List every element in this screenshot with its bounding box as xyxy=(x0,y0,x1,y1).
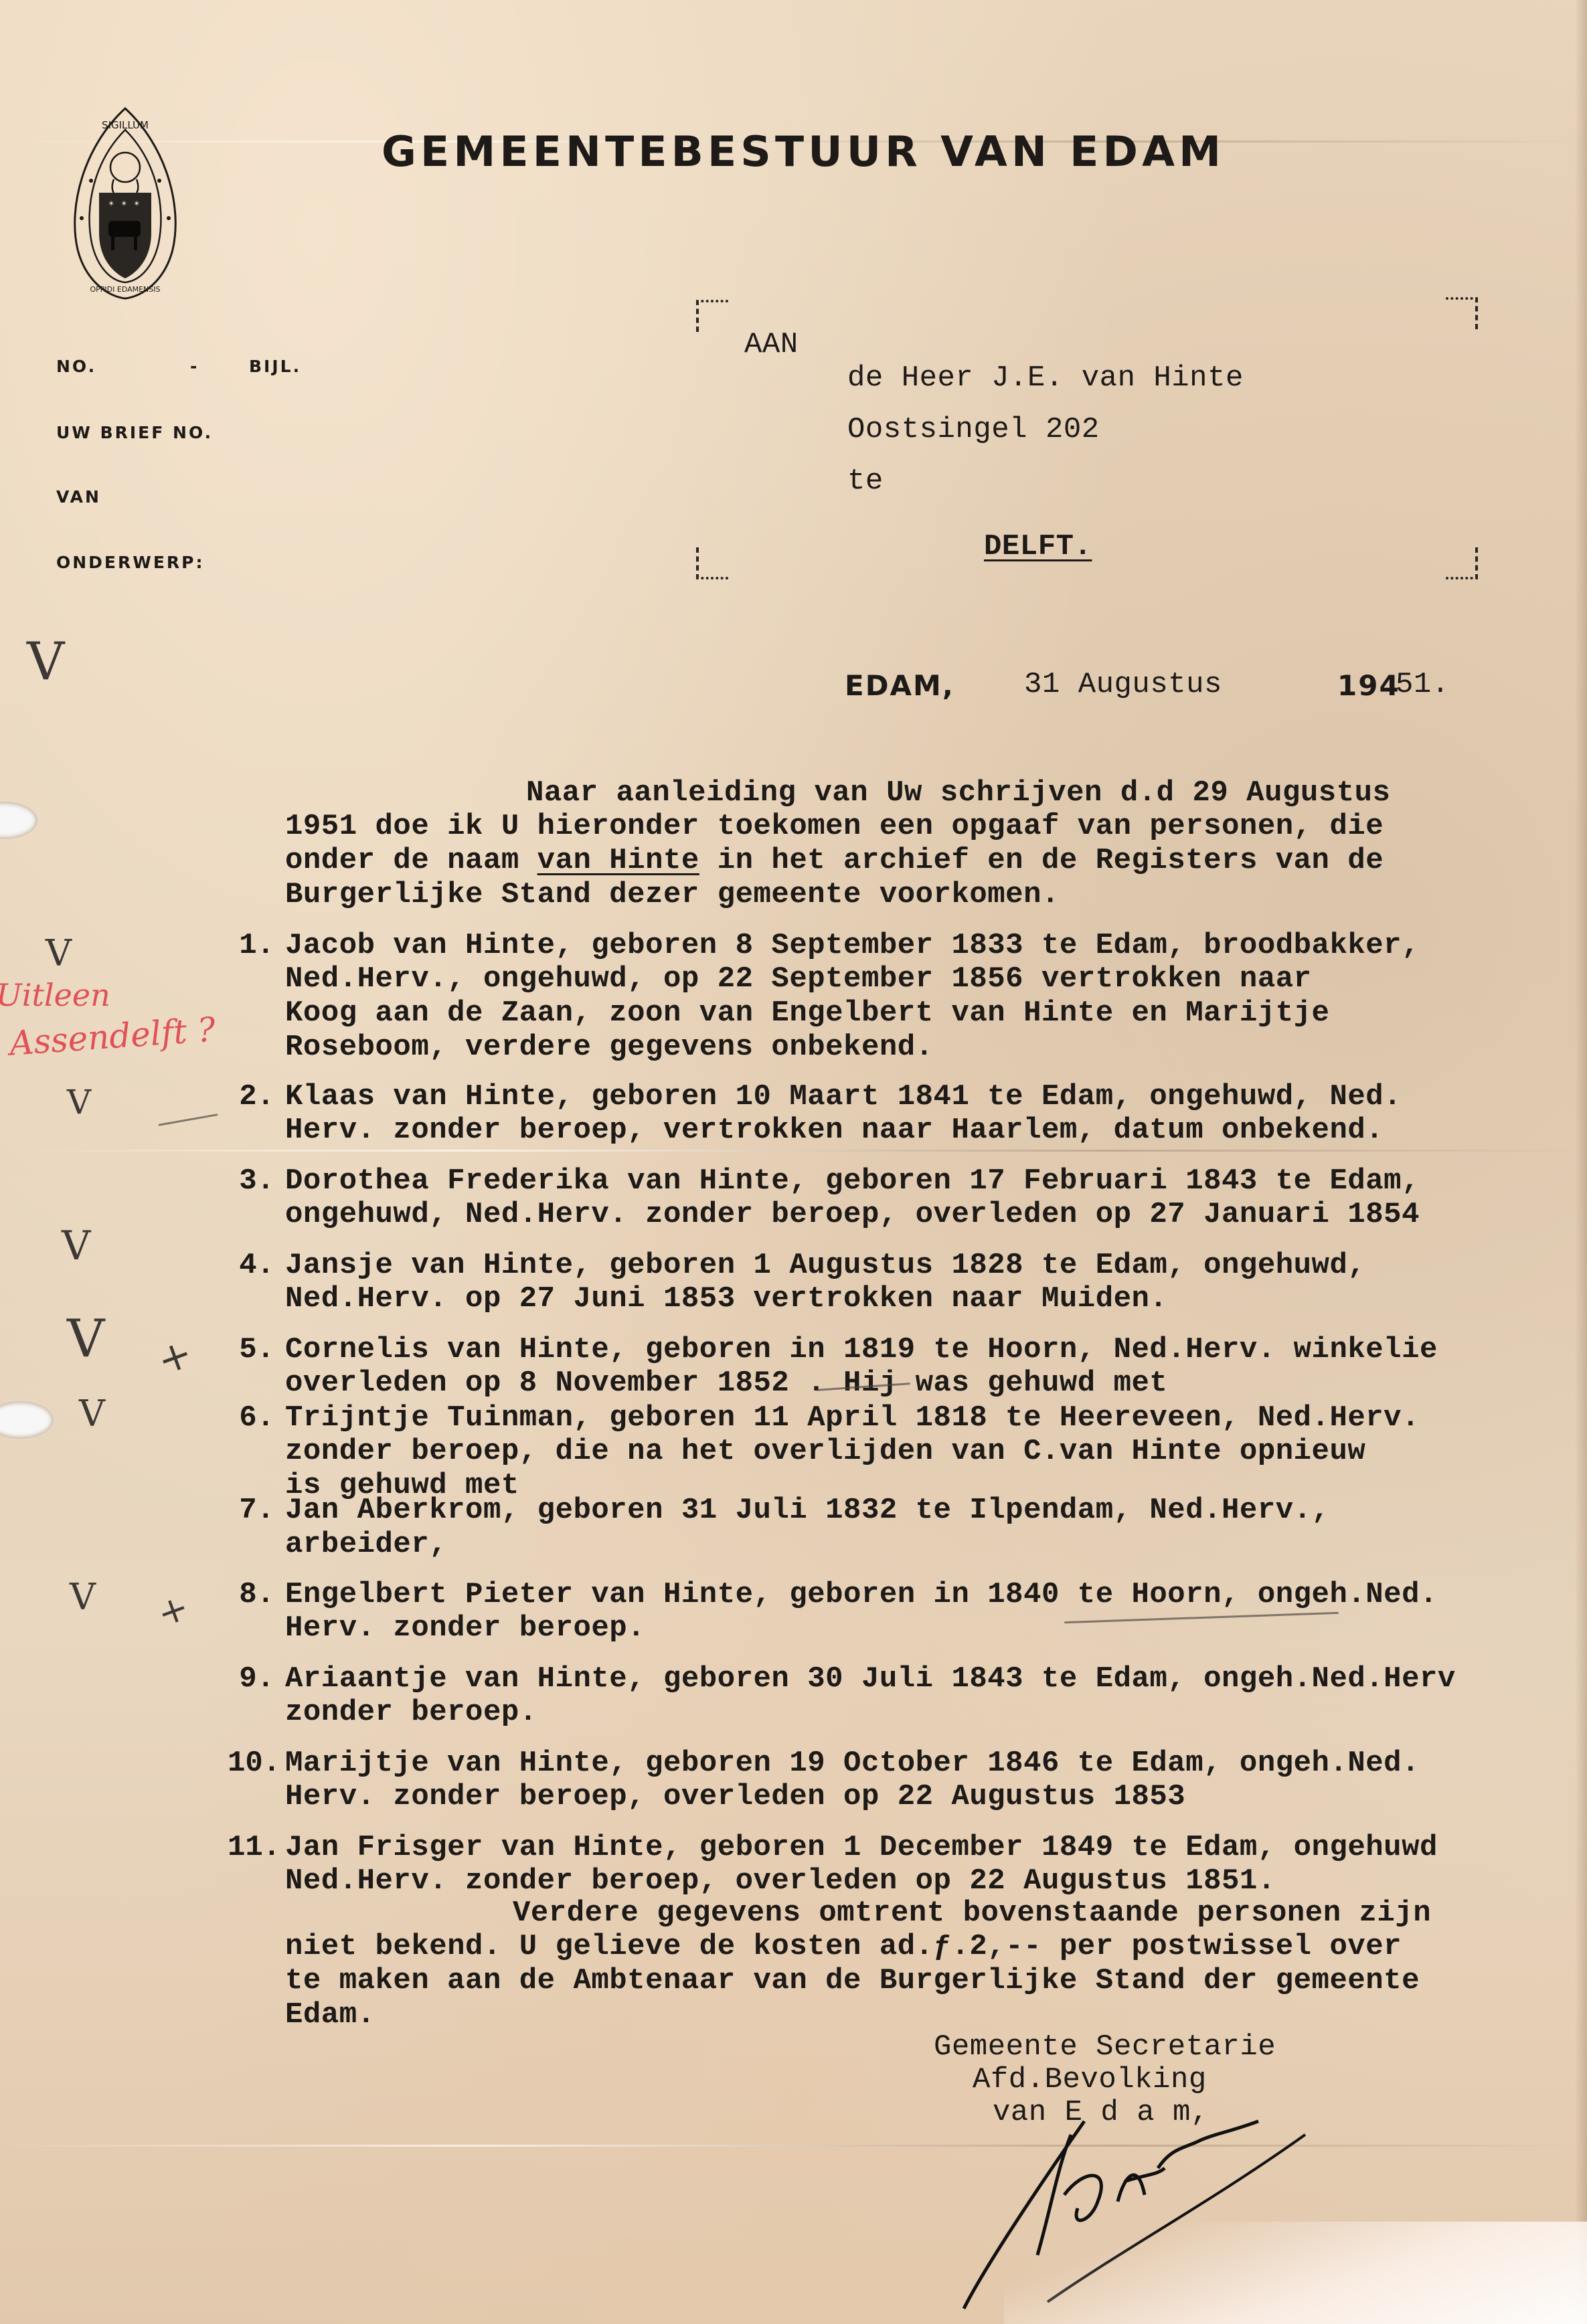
closing-line: Edam. xyxy=(285,1998,375,2032)
entry-number: 8. xyxy=(228,1578,274,1611)
punch-hole xyxy=(0,802,37,839)
entry-line: Jan Aberkrom, geboren 31 Juli 1832 te Il… xyxy=(285,1494,1329,1527)
entry-number: 5. xyxy=(228,1333,274,1366)
entry-line: Herv. zonder beroep, vertrokken naar Haa… xyxy=(285,1113,1384,1147)
red-margin-note: Uitleen xyxy=(0,977,110,1013)
pencil-underline xyxy=(1064,1612,1339,1623)
ref-onderwerp-label: ONDERWERP: xyxy=(56,553,204,572)
address-line-1: de Heer J.E. van Hinte xyxy=(847,361,1244,395)
city-seal-icon: ✶ ✶ ✶ SIGILLUM OPPIDI EDAMENSIS xyxy=(66,106,185,301)
ref-bijl-label: BIJL. xyxy=(249,357,301,376)
entry-line: Ned.Herv. zonder beroep, overleden op 22… xyxy=(285,1864,1276,1898)
entry-line: Dorothea Frederika van Hinte, geboren 17… xyxy=(285,1164,1420,1198)
address-line-2: Oostsingel 202 xyxy=(847,413,1100,446)
svg-text:✶: ✶ xyxy=(134,199,140,209)
entry-line: Herv. zonder beroep, overleden op 22 Aug… xyxy=(285,1780,1185,1813)
address-window-corner xyxy=(696,547,728,579)
dateline-year-typed: 51. xyxy=(1396,668,1450,701)
svg-text:✶: ✶ xyxy=(108,199,114,209)
entry-number: 6. xyxy=(228,1401,274,1435)
entry-line: Klaas van Hinte, geboren 10 Maart 1841 t… xyxy=(285,1080,1402,1113)
intro-line: onder de naam van Hinte in het archief e… xyxy=(285,844,1384,877)
entry-line: Herv. zonder beroep. xyxy=(285,1611,645,1645)
entry-number: 7. xyxy=(228,1494,274,1527)
svg-text:✶: ✶ xyxy=(121,199,127,209)
address-window-corner xyxy=(1446,297,1478,329)
address-window-corner xyxy=(696,300,728,332)
entry-number: 2. xyxy=(228,1080,274,1113)
pencil-cross-mark: + xyxy=(153,1589,193,1633)
intro-line: Burgerlijke Stand dezer gemeente voorkom… xyxy=(285,878,1060,911)
entry-line: Ned.Herv., ongehuwd, op 22 September 185… xyxy=(285,962,1312,996)
closing-line: Verdere gegevens omtrent bovenstaande pe… xyxy=(513,1896,1431,1930)
entry-line: Roseboom, verdere gegevens onbekend. xyxy=(285,1031,934,1064)
entry-line: Jan Frisger van Hinte, geboren 1 Decembe… xyxy=(285,1831,1438,1864)
ref-no-label: NO. xyxy=(56,357,96,376)
closing-line: te maken aan de Ambtenaar van de Burgerl… xyxy=(285,1964,1420,1997)
pencil-check-mark: V xyxy=(62,1226,90,1266)
entry-line: Koog aan de Zaan, zoon van Engelbert van… xyxy=(285,996,1329,1030)
pencil-cross-mark: + xyxy=(152,1332,197,1382)
address-city: DELFT. xyxy=(984,530,1092,563)
letterhead-title: GEMEENTEBESTUUR VAN EDAM xyxy=(382,127,1225,176)
entry-line: Marijtje van Hinte, geboren 19 October 1… xyxy=(285,1747,1420,1780)
entry-number: 10. xyxy=(228,1747,274,1780)
punch-hole xyxy=(0,1401,54,1439)
intro-underlined-name: van Hinte xyxy=(537,844,699,877)
svg-text:SIGILLUM: SIGILLUM xyxy=(102,119,149,131)
dateline-place: EDAM, xyxy=(845,669,954,702)
dateline-day-month: 31 Augustus xyxy=(1024,668,1222,701)
entry-line: zonder beroep. xyxy=(285,1696,537,1729)
entry-line: overleden op 8 November 1852 . Hij was g… xyxy=(285,1366,1167,1400)
paper-edge xyxy=(1575,0,1587,2324)
pencil-check-mark: V xyxy=(27,636,64,688)
closing-line: niet bekend. U gelieve de kosten ad.ƒ.2,… xyxy=(285,1930,1402,1963)
intro-line-part: in het archief en de Registers van de xyxy=(699,844,1384,877)
ref-uw-brief-label: UW BRIEF NO. xyxy=(56,423,213,442)
pencil-stroke xyxy=(158,1113,218,1126)
entry-line: Jacob van Hinte, geboren 8 September 183… xyxy=(285,929,1420,962)
address-line-3: te xyxy=(847,464,884,498)
signature-line-1: Gemeente Secretarie xyxy=(934,2030,1276,2064)
ref-van-label: VAN xyxy=(56,487,101,507)
pencil-check-mark: V xyxy=(67,1313,104,1365)
pencil-check-mark: V xyxy=(46,935,72,972)
intro-line: 1951 doe ik U hieronder toekomen een opg… xyxy=(285,810,1384,843)
paper-fold xyxy=(0,1150,1587,1152)
entry-line: zonder beroep, die na het overlijden van… xyxy=(285,1435,1365,1468)
dateline-year-printed: 194 xyxy=(1337,669,1400,702)
entry-line: ongehuwd, Ned.Herv. zonder beroep, overl… xyxy=(285,1198,1420,1231)
entry-line: arbeider, xyxy=(285,1528,447,1561)
scan-glare xyxy=(1004,2222,1587,2324)
red-margin-note: Assendelft ? xyxy=(8,1010,216,1063)
entry-line: Jansje van Hinte, geboren 1 Augustus 182… xyxy=(285,1249,1365,1282)
entry-line: Engelbert Pieter van Hinte, geboren in 1… xyxy=(285,1578,1438,1611)
entry-line: Ariaantje van Hinte, geboren 30 Juli 184… xyxy=(285,1662,1456,1696)
pencil-check-mark: V xyxy=(67,1085,91,1119)
entry-number: 9. xyxy=(228,1662,274,1696)
entry-number: 11. xyxy=(228,1831,274,1864)
signature-line-2: Afd.Bevolking xyxy=(973,2063,1207,2096)
entry-line: Cornelis van Hinte, geboren in 1819 te H… xyxy=(285,1333,1438,1366)
pencil-check-mark: V xyxy=(70,1579,96,1615)
entry-line: Ned.Herv. op 27 Juni 1853 vertrokken naa… xyxy=(285,1282,1167,1316)
svg-text:OPPIDI EDAMENSIS: OPPIDI EDAMENSIS xyxy=(90,285,160,294)
entry-number: 3. xyxy=(228,1164,274,1198)
intro-line-part: onder de naam xyxy=(285,844,537,877)
intro-line: Naar aanleiding van Uw schrijven d.d 29 … xyxy=(526,776,1390,810)
entry-line: Trijntje Tuinman, geboren 11 April 1818 … xyxy=(285,1401,1420,1435)
ref-dot: - xyxy=(190,357,199,376)
entry-number: 4. xyxy=(228,1249,274,1282)
address-window-corner xyxy=(1446,547,1478,579)
entry-number: 1. xyxy=(228,929,274,962)
address-aan: AAN xyxy=(744,328,799,361)
pencil-check-mark: V xyxy=(79,1396,105,1432)
